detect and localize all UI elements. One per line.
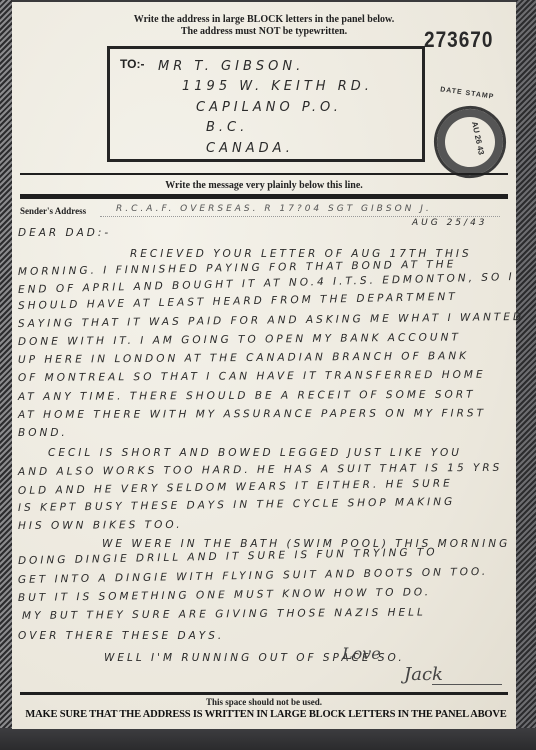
letter-line: HIS OWN BIKES TOO. [18, 519, 183, 532]
address-line: B.C. [206, 120, 248, 135]
address-panel: TO:- Mr T. GIBSON. 1195 W. KEITH Rd. CAP… [107, 46, 425, 162]
letter-line: OVER THERE THESE DAYS. [18, 630, 224, 642]
instruction-line-1: Write the address in large BLOCK letters… [12, 14, 516, 25]
postmark-date: AU 26 43 [453, 121, 485, 159]
address-line: Mr T. GIBSON. [158, 59, 304, 74]
airgraph-form: Write the address in large BLOCK letters… [12, 2, 516, 729]
letter-date: AUG 25/43 [412, 218, 488, 228]
letter-line: IS KEPT BUSY THESE DAYS IN THE CYCLE SHO… [18, 496, 455, 514]
letter-line: OLD AND HE VERY SELDOM WEARS IT EITHER. … [18, 477, 453, 497]
serial-number: 273670 [424, 28, 493, 53]
letter-line: AT HOME THERE WITH MY ASSURANCE PAPERS O… [18, 407, 486, 421]
message-instruction: Write the message very plainly below thi… [12, 180, 516, 191]
salutation: DEAR DAD:- [18, 227, 111, 239]
to-label: TO:- [120, 57, 144, 71]
footer-divider [20, 692, 508, 695]
letter-line: AT ANY TIME. THERE SHOULD BE A RECEIT OF… [18, 389, 476, 403]
footer-warning: MAKE SURE THAT THE ADDRESS IS WRITTEN IN… [16, 709, 516, 720]
address-line: 1195 W. KEITH Rd. [182, 79, 373, 94]
letter-line: AND ALSO WORKS TOO HARD. HE HAS A SUIT T… [18, 462, 502, 478]
signature-underline [432, 684, 502, 685]
letter-line: SAYING THAT IT WAS PAID FOR AND ASKING M… [18, 311, 524, 330]
letter-line: OF MONTREAL SO THAT I CAN HAVE IT TRANSF… [18, 369, 486, 384]
sender-address: R.C.A.F. OVERSEAS. R 17?04 Sgt GIBSON J. [116, 204, 432, 214]
letter-line: CECIL IS SHORT AND BOWED LEGGED JUST LIK… [48, 447, 462, 459]
sender-address-line [100, 216, 500, 217]
date-stamp-label: DATE STAMP [440, 86, 495, 101]
letter-line: GET INTO A DINGIE WITH FLYING SUIT AND B… [18, 566, 488, 586]
scan-right-edge [516, 0, 536, 750]
letter-line: UP HERE IN LONDON AT THE CANADIAN BRANCH… [18, 350, 469, 366]
letter-line: BUT IT IS SOMETHING ONE MUST KNOW HOW TO… [18, 586, 431, 604]
signature: Jack [404, 664, 443, 685]
address-line: CANADA. [206, 141, 294, 156]
footer-note: This space should not be used. [12, 697, 516, 707]
divider-thick [20, 194, 508, 199]
letter-line: BOND. [18, 427, 68, 439]
letter-line: MY BUT THEY SURE ARE GIVING THOSE NAZIS … [22, 606, 426, 622]
divider [20, 173, 508, 175]
scan-bottom-edge [0, 728, 536, 750]
sender-address-label: Sender's Address [20, 206, 86, 216]
closing: Love [342, 644, 381, 663]
scan-left-edge [0, 0, 12, 750]
letter-line: DONE WITH IT. I AM GOING TO OPEN MY BANK… [18, 331, 461, 348]
address-line: CAPILANO P.O. [196, 100, 342, 115]
postmark-stamp: AU 26 43 [427, 99, 512, 184]
